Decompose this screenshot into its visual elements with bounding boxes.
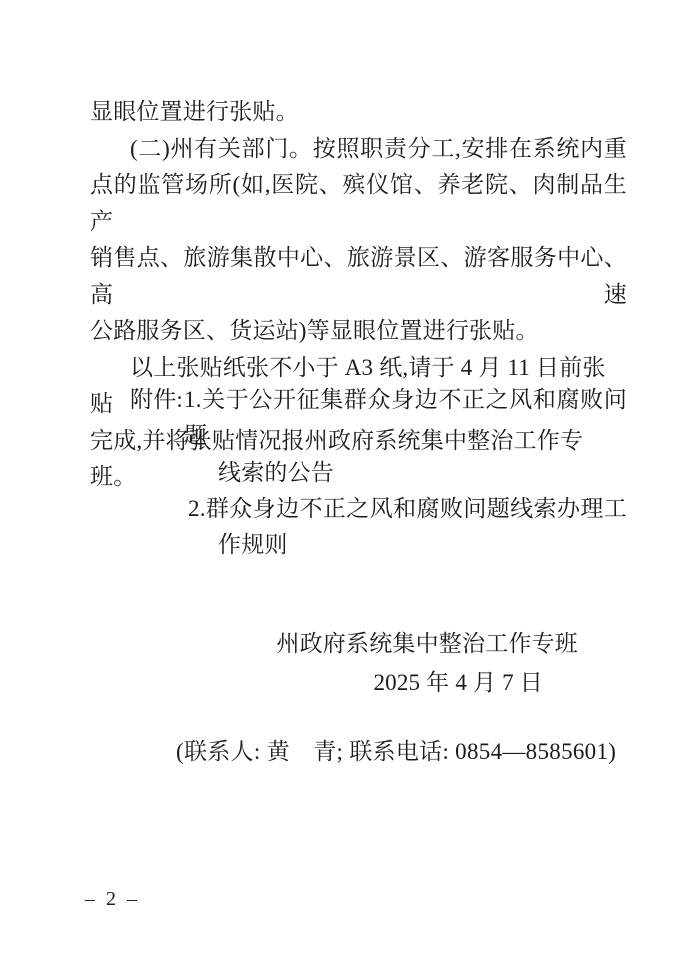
attachment-item-1-continuation: 线索的公告 [218, 455, 627, 491]
attachment-item-1: 1.关于公开征集群众身边不正之风和腐败问题 [184, 382, 627, 455]
signature-organization: 州政府系统集中整治工作专班 [276, 624, 578, 663]
contact-line: (联系人: 黄 青; 联系电话: 0854—8585601) [176, 733, 616, 766]
signature-date: 2025 年 4 月 7 日 [276, 663, 578, 702]
attachments-block: 附件: 1.关于公开征集群众身边不正之风和腐败问题 线索的公告 2.群众身边不正… [90, 382, 627, 563]
attachment-item-2-continuation: 作规则 [218, 527, 627, 563]
signature-block: 州政府系统集中整治工作专班 2025 年 4 月 7 日 [276, 624, 578, 702]
attachment-item-2: 2.群众身边不正之风和腐败问题线索办理工 [188, 491, 627, 527]
attachment-row: 附件: 1.关于公开征集群众身边不正之风和腐败问题 [90, 382, 627, 455]
document-page: 显眼位置进行张贴。 (二)州有关部门。按照职责分工,安排在系统内重 点的监管场所… [0, 0, 700, 980]
attachments-label: 附件: [90, 382, 184, 455]
body-line: 公路服务区、货运站)等显眼位置进行张贴。 [90, 313, 627, 350]
body-line: (二)州有关部门。按照职责分工,安排在系统内重 [90, 131, 627, 168]
body-line: 销售点、旅游集散中心、旅游景区、游客服务中心、高速 [90, 240, 627, 313]
body-line: 点的监管场所(如,医院、殡仪馆、养老院、肉制品生产 [90, 167, 627, 240]
page-number: – 2 – [85, 888, 140, 911]
body-line: 显眼位置进行张贴。 [90, 94, 627, 131]
